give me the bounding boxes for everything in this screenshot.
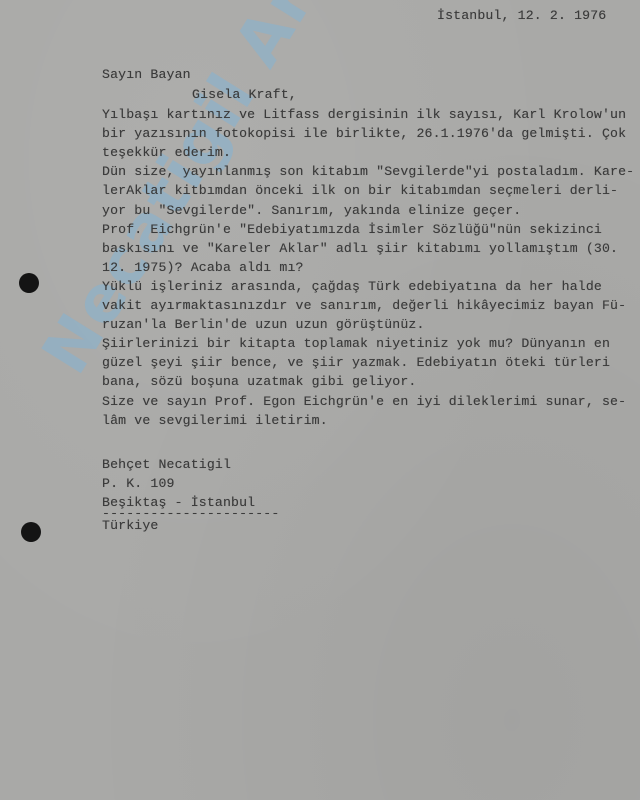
signature-po-box: P. K. 109 bbox=[102, 476, 175, 491]
body-line: bir yazısının fotokopisi ile birlikte, 2… bbox=[102, 126, 626, 141]
body-line: güzel şeyi şiir bence, ve şiir yazmak. E… bbox=[102, 355, 610, 370]
body-line: bana, sözü boşuna uzatmak gibi geliyor. bbox=[102, 374, 417, 389]
body-line: lâm ve sevgilerimi iletirim. bbox=[102, 413, 328, 428]
place-date: İstanbul, 12. 2. 1976 bbox=[437, 8, 606, 23]
body-line: ruzan'la Berlin'de uzun uzun görüştünüz. bbox=[102, 317, 425, 332]
body-line: vakit ayırmaktasınızdır ve sanırım, değe… bbox=[102, 298, 626, 313]
body-line: Yılbaşı kartınız ve Litfass dergisinin i… bbox=[102, 107, 626, 122]
body-line: yor bu "Sevgilerde". Sanırım, yakında el… bbox=[102, 203, 521, 218]
body-line: baskısını ve "Kareler Aklar" adlı şiir k… bbox=[102, 241, 618, 256]
letter-page: Necatigil Arşivi İstanbul, 12. 2. 1976 S… bbox=[0, 0, 640, 800]
signature-country: Türkiye bbox=[102, 518, 158, 533]
punch-hole-bottom bbox=[21, 522, 41, 542]
salutation-line-2: Gisela Kraft, bbox=[192, 87, 297, 102]
body-line: Size ve sayın Prof. Egon Eichgrün'e en i… bbox=[102, 394, 626, 409]
body-line: Yüklü işleriniz arasında, çağdaş Türk ed… bbox=[102, 279, 602, 294]
body-line: Şiirlerinizi bir kitapta toplamak niyeti… bbox=[102, 336, 610, 351]
salutation-line-1: Sayın Bayan bbox=[102, 67, 191, 82]
body-line: teşekkür ederim. bbox=[102, 145, 231, 160]
body-line: Dün size, yayınlanmış son kitabım "Sevgi… bbox=[102, 164, 634, 179]
body-line: lerAklar kitbımdan önceki ilk on bir kit… bbox=[102, 183, 618, 198]
signature-name: Behçet Necatigil bbox=[102, 457, 231, 472]
punch-hole-top bbox=[19, 273, 39, 293]
body-line: 12. 1975)? Acaba aldı mı? bbox=[102, 260, 304, 275]
body-line: Prof. Eichgrün'e "Edebiyatımızda İsimler… bbox=[102, 222, 602, 237]
